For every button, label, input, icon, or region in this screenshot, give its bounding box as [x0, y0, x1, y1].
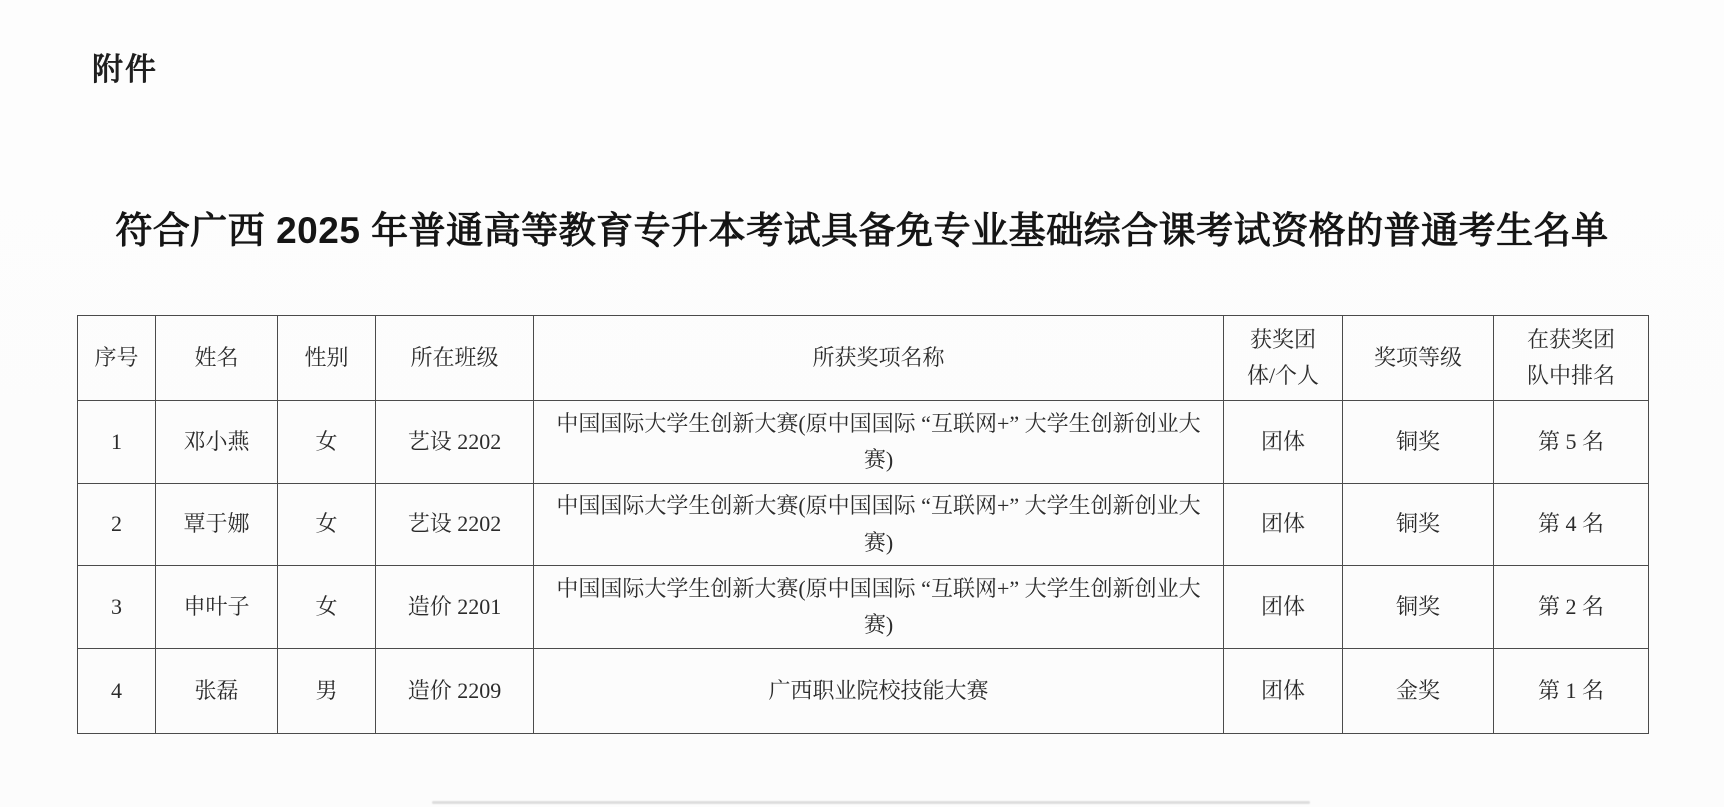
header-cell-class: 所在班级 [376, 316, 534, 401]
cell-group: 团体 [1224, 649, 1343, 734]
attachment-label: 附件 [92, 44, 158, 89]
cell-class: 艺设 2202 [376, 401, 534, 484]
document-title: 符合广西 2025 年普通高等教育专升本考试具备免专业基础综合课考试资格的普通考… [40, 200, 1684, 254]
header-cell-rank: 在获奖团 队中排名 [1494, 316, 1649, 401]
cell-class: 造价 2201 [376, 566, 534, 649]
cell-award: 中国国际大学生创新大赛(原中国国际 “互联网+” 大学生创新创业大赛) [534, 566, 1224, 649]
header-cell-level: 奖项等级 [1343, 316, 1494, 401]
cell-no: 2 [78, 484, 156, 566]
header-cell-name: 姓名 [156, 316, 278, 401]
header-cell-award: 所获奖项名称 [534, 316, 1224, 401]
cell-name: 邓小燕 [156, 401, 278, 484]
candidates-table: 序号 姓名 性别 所在班级 所获奖项名称 获奖团 体/个人 奖项等级 在获奖团 … [77, 315, 1649, 734]
cell-gender: 男 [278, 649, 376, 734]
table-row: 1 邓小燕 女 艺设 2202 中国国际大学生创新大赛(原中国国际 “互联网+”… [78, 401, 1649, 484]
document-page: 附件 符合广西 2025 年普通高等教育专升本考试具备免专业基础综合课考试资格的… [0, 0, 1724, 807]
cell-gender: 女 [278, 401, 376, 484]
table-row: 4 张磊 男 造价 2209 广西职业院校技能大赛 团体 金奖 第 1 名 [78, 649, 1649, 734]
cell-rank: 第 2 名 [1494, 566, 1649, 649]
header-cell-group: 获奖团 体/个人 [1224, 316, 1343, 401]
cell-group: 团体 [1224, 566, 1343, 649]
cell-rank: 第 5 名 [1494, 401, 1649, 484]
cell-level: 铜奖 [1343, 484, 1494, 566]
cell-class: 造价 2209 [376, 649, 534, 734]
cell-rank: 第 1 名 [1494, 649, 1649, 734]
table-row: 3 申叶子 女 造价 2201 中国国际大学生创新大赛(原中国国际 “互联网+”… [78, 566, 1649, 649]
cell-award: 中国国际大学生创新大赛(原中国国际 “互联网+” 大学生创新创业大赛) [534, 401, 1224, 484]
cell-name: 覃于娜 [156, 484, 278, 566]
cell-name: 申叶子 [156, 566, 278, 649]
cell-class: 艺设 2202 [376, 484, 534, 566]
cell-gender: 女 [278, 566, 376, 649]
cell-level: 金奖 [1343, 649, 1494, 734]
cell-no: 4 [78, 649, 156, 734]
header-cell-no: 序号 [78, 316, 156, 401]
table-row: 2 覃于娜 女 艺设 2202 中国国际大学生创新大赛(原中国国际 “互联网+”… [78, 484, 1649, 566]
cell-group: 团体 [1224, 401, 1343, 484]
cell-gender: 女 [278, 484, 376, 566]
cell-award: 中国国际大学生创新大赛(原中国国际 “互联网+” 大学生创新创业大赛) [534, 484, 1224, 566]
cell-award: 广西职业院校技能大赛 [534, 649, 1224, 734]
scan-artifact-line [432, 801, 1310, 804]
cell-level: 铜奖 [1343, 566, 1494, 649]
cell-no: 3 [78, 566, 156, 649]
cell-no: 1 [78, 401, 156, 484]
cell-rank: 第 4 名 [1494, 484, 1649, 566]
cell-name: 张磊 [156, 649, 278, 734]
table-header-row: 序号 姓名 性别 所在班级 所获奖项名称 获奖团 体/个人 奖项等级 在获奖团 … [78, 316, 1649, 401]
cell-level: 铜奖 [1343, 401, 1494, 484]
header-cell-gender: 性别 [278, 316, 376, 401]
cell-group: 团体 [1224, 484, 1343, 566]
